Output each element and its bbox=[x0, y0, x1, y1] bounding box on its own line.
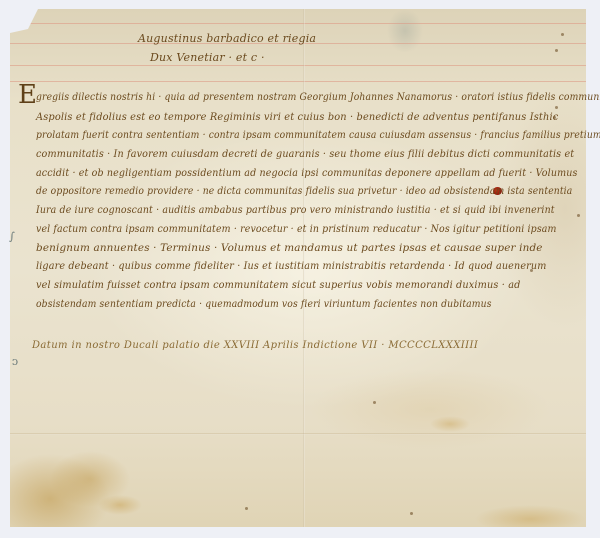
stain-speck bbox=[245, 507, 248, 510]
body-line: communitatis · In favorem cuiusdam decre… bbox=[36, 149, 574, 160]
margin-mark: ᴐ bbox=[12, 355, 18, 368]
ruled-line bbox=[10, 65, 586, 66]
horizontal-fold bbox=[10, 433, 586, 435]
ruled-line bbox=[10, 23, 586, 24]
initial-letter: E bbox=[18, 80, 37, 110]
body-line: benignum annuentes · Terminus · Volumus … bbox=[36, 243, 543, 254]
body-line: gregiis dilectis nostris hi · quia ad pr… bbox=[36, 92, 600, 103]
stain-speck bbox=[561, 33, 564, 36]
body-line: Iura de iure cognoscant · auditis ambabu… bbox=[36, 205, 555, 216]
body-line: vel simulatim fuisset contra ipsam commu… bbox=[36, 280, 520, 291]
stain-speck bbox=[555, 49, 558, 52]
body-line: Aspolis et fidolius est eo tempore Regim… bbox=[36, 112, 558, 123]
stain-speck bbox=[373, 401, 376, 404]
dating-clause: Datum in nostro Ducali palatio die XXVII… bbox=[32, 340, 478, 351]
ruled-line bbox=[10, 81, 586, 82]
margin-mark: ∫ bbox=[9, 230, 15, 243]
body-line: obsistendam sententiam predicta · quemad… bbox=[36, 299, 492, 310]
heading-line-2: Dux Venetiar · et c · bbox=[150, 51, 265, 64]
body-line: ligare debeant · quibus comme fideliter … bbox=[36, 261, 546, 272]
stain-speck bbox=[555, 106, 558, 109]
body-line: de oppositore remedio providere · ne dic… bbox=[36, 186, 572, 197]
stain-speck bbox=[410, 512, 413, 515]
body-line: prolatam fuerit contra sententiam · cont… bbox=[36, 130, 600, 141]
heading-line-1: Augustinus barbadico et riegia bbox=[138, 32, 316, 45]
stain-speck bbox=[577, 214, 580, 217]
body-line: accidit · et ob negligentiam possidentiu… bbox=[36, 168, 578, 179]
body-line: vel factum contra ipsam communitatem · r… bbox=[36, 224, 557, 235]
